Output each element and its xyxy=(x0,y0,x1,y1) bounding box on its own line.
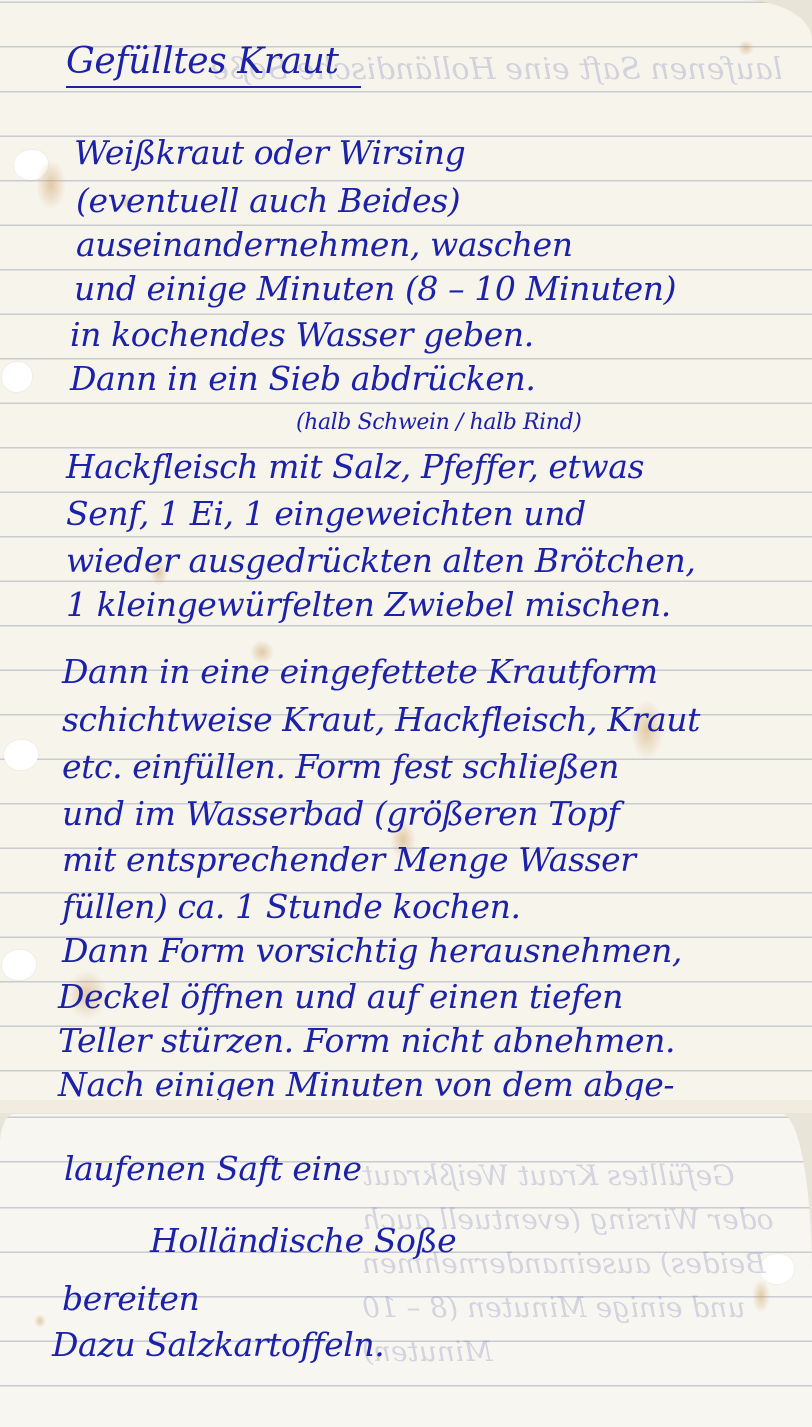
recipe-line: und einige Minuten (8 – 10 Minuten) xyxy=(74,272,676,305)
recipe-annotation: (halb Schwein / halb Rind) xyxy=(296,412,581,434)
recipe-title: Gefülltes Kraut xyxy=(66,44,361,88)
recipe-line: Dazu Salzkartoffeln. xyxy=(52,1328,384,1361)
recipe-line: Weißkraut oder Wirsing xyxy=(74,136,465,169)
recipe-line: mit entsprechender Menge Wasser xyxy=(62,843,636,876)
stain xyxy=(34,1314,46,1328)
recipe-line: laufenen Saft eine xyxy=(64,1152,362,1185)
recipe-line: Hackfleisch mit Salz, Pfeffer, etwas xyxy=(66,450,644,483)
recipe-line: wieder ausgedrückten alten Brötchen, xyxy=(66,544,695,577)
recipe-line: 1 kleingewürfelten Zwiebel mischen. xyxy=(66,588,671,621)
recipe-line: auseinandernehmen, waschen xyxy=(76,228,573,261)
recipe-line: Dann in eine eingefettete Krautform xyxy=(62,655,658,688)
punch-hole xyxy=(4,740,38,770)
punch-hole xyxy=(2,362,32,392)
recipe-line: Nach einigen Minuten von dem abge- xyxy=(58,1068,674,1101)
show-through-text: Gefülltes Kraut Weißkraut oder Wirsing (… xyxy=(362,1154,782,1374)
recipe-line: Senf, 1 Ei, 1 eingeweichten und xyxy=(66,497,586,530)
recipe-card-front: laufenen Saft eine Holländische Soße Gef… xyxy=(0,0,812,1113)
punch-hole xyxy=(2,950,36,980)
recipe-line: (eventuell auch Beides) xyxy=(76,184,460,217)
recipe-line: Teller stürzen. Form nicht abnehmen. xyxy=(58,1024,675,1057)
recipe-line: Deckel öffnen und auf einen tiefen xyxy=(58,980,623,1013)
recipe-line: Holländische Soße xyxy=(150,1224,456,1257)
recipe-line: Dann Form vorsichtig herausnehmen, xyxy=(62,934,682,967)
recipe-line: Dann in ein Sieb abdrücken. xyxy=(70,362,535,395)
recipe-line: füllen) ca. 1 Stunde kochen. xyxy=(62,890,521,923)
recipe-line: bereiten xyxy=(62,1282,199,1315)
recipe-line: etc. einfüllen. Form fest schließen xyxy=(62,750,619,783)
recipe-card-back: Gefülltes Kraut Weißkraut oder Wirsing (… xyxy=(0,1114,812,1427)
recipe-line: schichtweise Kraut, Hackfleisch, Kraut xyxy=(62,703,700,736)
recipe-line: und im Wasserbad (größeren Topf xyxy=(62,797,619,830)
recipe-line: in kochendes Wasser geben. xyxy=(70,318,534,351)
stain xyxy=(36,160,66,210)
